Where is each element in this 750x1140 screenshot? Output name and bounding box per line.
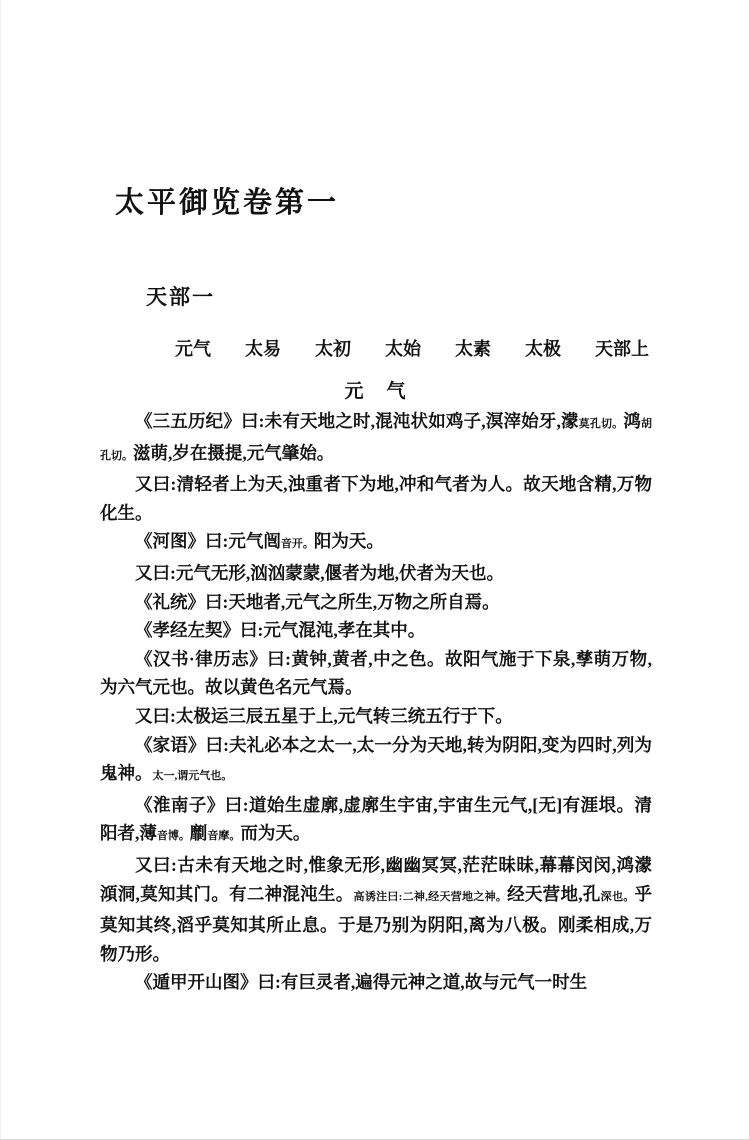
paragraph: 《汉书·律历志》曰:黄钟,黄者,中之色。故阳气施于下泉,孳萌万物,为六气元也。故… — [100, 645, 652, 702]
paragraph: 《家语》曰:夫礼必本之太一,太一分为天地,转为阴阳,变为四时,列为鬼神。太一,谓… — [100, 731, 652, 791]
subsection-item: 太素 — [455, 335, 491, 361]
text-run: 《孝经左契》曰:元气混沌,孝在其中。 — [135, 620, 425, 640]
paragraph: 《遁甲开山图》曰:有巨灵者,遍得元神之道,故与元气一时生 — [100, 968, 652, 997]
chapter-heading: 元 气 — [100, 376, 652, 403]
subsection-list: 元气太易太初太始太素太极天部上 — [175, 335, 645, 361]
annotation-run: 高诱注曰:二神,经天营地之神。 — [354, 891, 508, 903]
text-run: 《礼统》曰:天地者,元气之所生,万物之所自焉。 — [135, 592, 500, 612]
text-run: 鸿 — [623, 411, 641, 431]
subsection-item: 元气 — [175, 335, 211, 361]
text-run: 又曰:太极运三辰五星于上,元气转三统五行于下。 — [135, 706, 513, 726]
paragraph: 又曰:太极运三辰五星于上,元气转三统五行于下。 — [100, 702, 652, 731]
annotation-run: 音摩。 — [207, 830, 240, 842]
text-run: 又曰:清轻者上为天,浊重者下为地,冲和气者为人。故天地含精,万物化生。 — [100, 474, 652, 523]
text-run: 《遁甲开山图》曰:有巨灵者,遍得元神之道,故与元气一时生 — [135, 972, 587, 992]
subsection-item: 太极 — [525, 335, 561, 361]
text-run: 而为天。 — [240, 823, 310, 843]
scanned-book-page: 太平御览卷第一 天部一 元气太易太初太始太素太极天部上 元 气 《三五历纪》曰:… — [0, 0, 750, 1140]
paragraph: 《淮南子》曰:道始生虚廓,虚廓生宇宙,宇宙生元气,[无]有涯垠。清阳者,薄音博。… — [100, 791, 652, 851]
paragraph: 《三五历纪》曰:未有天地之时,混沌状如鸡子,溟滓始牙,濛莫孔切。鸿胡孔切。滋萌,… — [100, 407, 652, 470]
page-title: 太平御览卷第一 — [115, 180, 339, 221]
text-run: 经天营地,孔 — [507, 884, 601, 904]
subsection-item: 太易 — [245, 335, 281, 361]
annotation-run: 音博。 — [157, 830, 190, 842]
paragraph: 又曰:清轻者上为天,浊重者下为地,冲和气者为人。故天地含精,万物化生。 — [100, 470, 652, 527]
annotation-run: 音开。 — [281, 538, 314, 550]
annotation-run: 深也。 — [601, 891, 635, 903]
body-paragraphs: 《三五历纪》曰:未有天地之时,混沌状如鸡子,溟滓始牙,濛莫孔切。鸿胡孔切。滋萌,… — [100, 407, 652, 997]
subsection-item: 太始 — [385, 335, 421, 361]
subsection-item: 天部上 — [595, 335, 649, 361]
paragraph: 《河图》曰:元气闿音开。阳为天。 — [100, 527, 652, 559]
text-run: 滋萌,岁在摄提,元气肇始。 — [133, 443, 334, 463]
text-run: 《汉书·律历志》曰:黄钟,黄者,中之色。故阳气施于下泉,孳萌万物,为六气元也。故… — [100, 649, 652, 698]
text-run: 阳为天。 — [314, 531, 384, 551]
text-run: 《三五历纪》曰:未有天地之时,混沌状如鸡子,溟滓始牙,濛 — [135, 411, 579, 431]
subsection-item: 太初 — [315, 335, 351, 361]
paragraph: 《孝经左契》曰:元气混沌,孝在其中。 — [100, 616, 652, 645]
annotation-run: 莫孔切。 — [579, 418, 624, 430]
section-heading: 天部一 — [146, 281, 215, 311]
text-run: 劘 — [190, 823, 208, 843]
paragraph: 又曰:古未有天地之时,惟象无形,幽幽冥冥,茫茫昧昧,幕幕闵闵,鸿濛澒洞,莫知其门… — [100, 851, 652, 968]
text-run: 《河图》曰:元气闿 — [135, 531, 281, 551]
paragraph: 又曰:元气无形,汹汹蒙蒙,偃者为地,伏者为天也。 — [100, 559, 652, 588]
text-run: 又曰:元气无形,汹汹蒙蒙,偃者为地,伏者为天也。 — [135, 563, 504, 583]
annotation-run: 太一,谓元气也。 — [153, 770, 233, 782]
paragraph: 《礼统》曰:天地者,元气之所生,万物之所自焉。 — [100, 588, 652, 617]
